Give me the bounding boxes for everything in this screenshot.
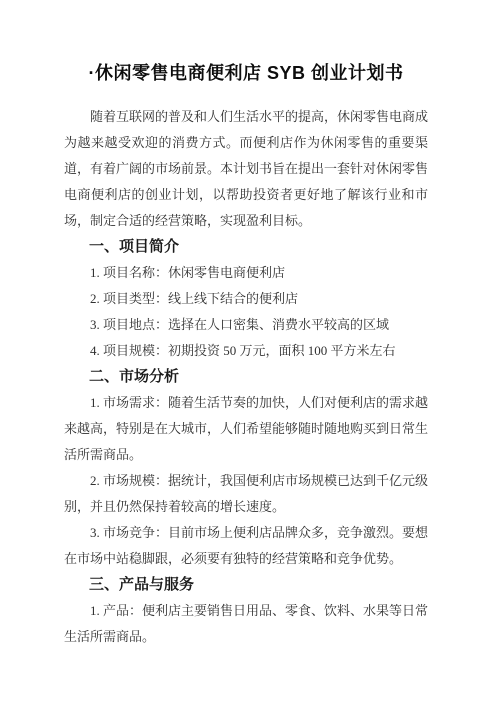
section-heading-project-intro: 一、项目简介 xyxy=(64,234,428,260)
document-title: ·休闲零售电商便利店 SYB 创业计划书 xyxy=(64,56,428,90)
market-competition-paragraph: 3. 市场竞争：目前市场上便利店品牌众多，竞争激烈。要想在市场中站稳脚跟，必须要… xyxy=(64,520,428,572)
products-paragraph: 1. 产品：便利店主要销售日用品、零食、饮料、水果等日常生活所需商品。 xyxy=(64,598,428,650)
market-demand-paragraph: 1. 市场需求：随着生活节奏的加快，人们对便利店的需求越来越高，特别是在大城市，… xyxy=(64,390,428,468)
section-heading-products-services: 三、产品与服务 xyxy=(64,572,428,598)
project-location-line: 3. 项目地点：选择在人口密集、消费水平较高的区域 xyxy=(64,312,428,338)
project-type-line: 2. 项目类型：线上线下结合的便利店 xyxy=(64,286,428,312)
market-size-paragraph: 2. 市场规模：据统计，我国便利店市场规模已达到千亿元级别，并且仍然保持着较高的… xyxy=(64,468,428,520)
intro-paragraph: 随着互联网的普及和人们生活水平的提高，休闲零售电商成为越来越受欢迎的消费方式。而… xyxy=(64,104,428,234)
section-heading-market-analysis: 二、市场分析 xyxy=(64,364,428,390)
document-page: ·休闲零售电商便利店 SYB 创业计划书 随着互联网的普及和人们生活水平的提高，… xyxy=(0,0,500,707)
project-scale-line: 4. 项目规模：初期投资 50 万元，面积 100 平方米左右 xyxy=(64,338,428,364)
project-name-line: 1. 项目名称：休闲零售电商便利店 xyxy=(64,260,428,286)
document-content: ·休闲零售电商便利店 SYB 创业计划书 随着互联网的普及和人们生活水平的提高，… xyxy=(0,56,500,650)
